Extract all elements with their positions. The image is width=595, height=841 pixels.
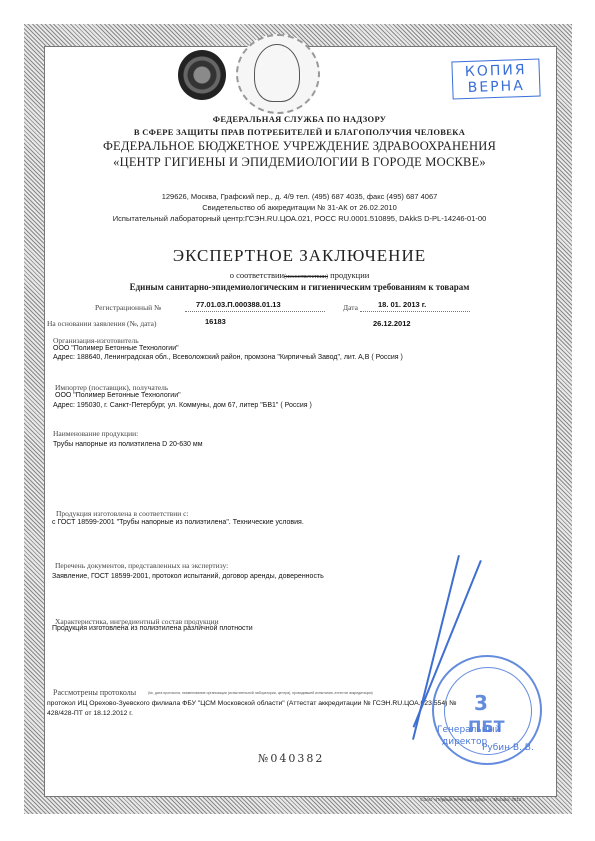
reg-number-value: 77.01.03.П.000388.01.13 — [196, 300, 281, 309]
institution-line-2: «ЦЕНТР ГИГИЕНЫ И ЭПИДЕМИОЛОГИИ В ГОРОДЕ … — [44, 155, 555, 170]
characteristics-value: Продукция изготовлена из полиэтилена раз… — [52, 625, 253, 632]
document-title: ЭКСПЕРТНОЕ ЗАКЛЮЧЕНИЕ — [44, 246, 555, 266]
manufacturer-address: Адрес: 188640, Ленинградская обл., Всево… — [53, 354, 403, 361]
basis-number: 16183 — [205, 317, 226, 326]
institution-line-1: ФЕДЕРАЛЬНОЕ БЮДЖЕТНОЕ УЧРЕЖДЕНИЕ ЗДРАВОО… — [44, 139, 555, 154]
protocols-value-line-1: протокол ИЦ Орехово-Зуевского филиала ФБ… — [47, 700, 457, 707]
document-subtitle: о соответствии(несоответствии) продукции — [44, 270, 555, 280]
importer-label: Импортер (поставщик), получатель — [55, 383, 168, 392]
signatory-position-1: Генеральный — [437, 725, 501, 735]
basis-label: На основании заявления (№, дата) — [47, 319, 157, 328]
subtitle-prefix: о соответствии — [230, 270, 284, 280]
product-value: Трубы напорные из полиэтилена D 20-630 м… — [53, 441, 203, 448]
accreditation-certificate: Свидетельство об аккредитации № 31-АК от… — [44, 203, 555, 212]
standard-label: Продукция изготовлена в соответствии с: — [56, 509, 189, 518]
subtitle-struck: (несоответствии) — [284, 274, 328, 280]
coat-of-arms-emblem — [178, 50, 226, 100]
rospotrebnadzor-emblem — [236, 34, 320, 114]
manufacturer-label: Организация-изготовитель — [53, 336, 139, 345]
protocols-value-line-2: 428/428-ПТ от 18.12.2012 г. — [47, 710, 133, 717]
stamp-line-2: ВЕРНА — [453, 77, 540, 96]
subtitle-suffix: продукции — [330, 270, 369, 280]
signatory-name: Рубин В. В. — [482, 743, 534, 753]
documents-value: Заявление, ГОСТ 18599-2001, протокол исп… — [52, 573, 324, 580]
manufacturer-name: ООО "Полимер Бетонные Технологии" — [53, 345, 179, 352]
form-serial-number: №040382 — [258, 752, 324, 765]
institution-address: 129626, Москва, Графский пер., д. 4/9 те… — [44, 192, 555, 201]
document-subtitle-line-2: Единым санитарно-эпидемиологическим и ги… — [44, 282, 555, 292]
agency-line-1: ФЕДЕРАЛЬНАЯ СЛУЖБА ПО НАДЗОРУ — [44, 114, 555, 124]
protocols-label: Рассмотрены протоколы — [53, 688, 136, 697]
seal-number: 3 — [474, 691, 488, 715]
lab-center-info: Испытательный лабораторный центр:ГСЭН.RU… — [44, 214, 555, 223]
agency-line-2: В СФЕРЕ ЗАЩИТЫ ПРАВ ПОТРЕБИТЕЛЕЙ И БЛАГО… — [44, 127, 555, 137]
product-label: Наименование продукции: — [53, 429, 138, 438]
standard-value: с ГОСТ 18599-2001 "Трубы напорные из пол… — [52, 519, 304, 526]
printer-footer: ©ЗАО «Первый печатный двор», г. Москва, … — [420, 797, 525, 802]
stamp-line-1: КОПИЯ — [452, 62, 539, 81]
importer-name: ООО "Полимер Бетонные Технологии" — [55, 392, 181, 399]
reg-number-label: Регистрационный № — [95, 303, 161, 312]
copy-certified-stamp: КОПИЯ ВЕРНА — [451, 58, 540, 99]
basis-date: 26.12.2012 — [373, 319, 411, 328]
documents-label: Перечень документов, представленных на э… — [55, 561, 228, 570]
date-label: Дата — [343, 303, 358, 312]
date-value: 18. 01. 2013 г. — [378, 300, 426, 309]
signatory-position-2: директор — [442, 737, 487, 747]
importer-address: Адрес: 195030, г. Санкт-Петербург, ул. К… — [53, 402, 312, 409]
